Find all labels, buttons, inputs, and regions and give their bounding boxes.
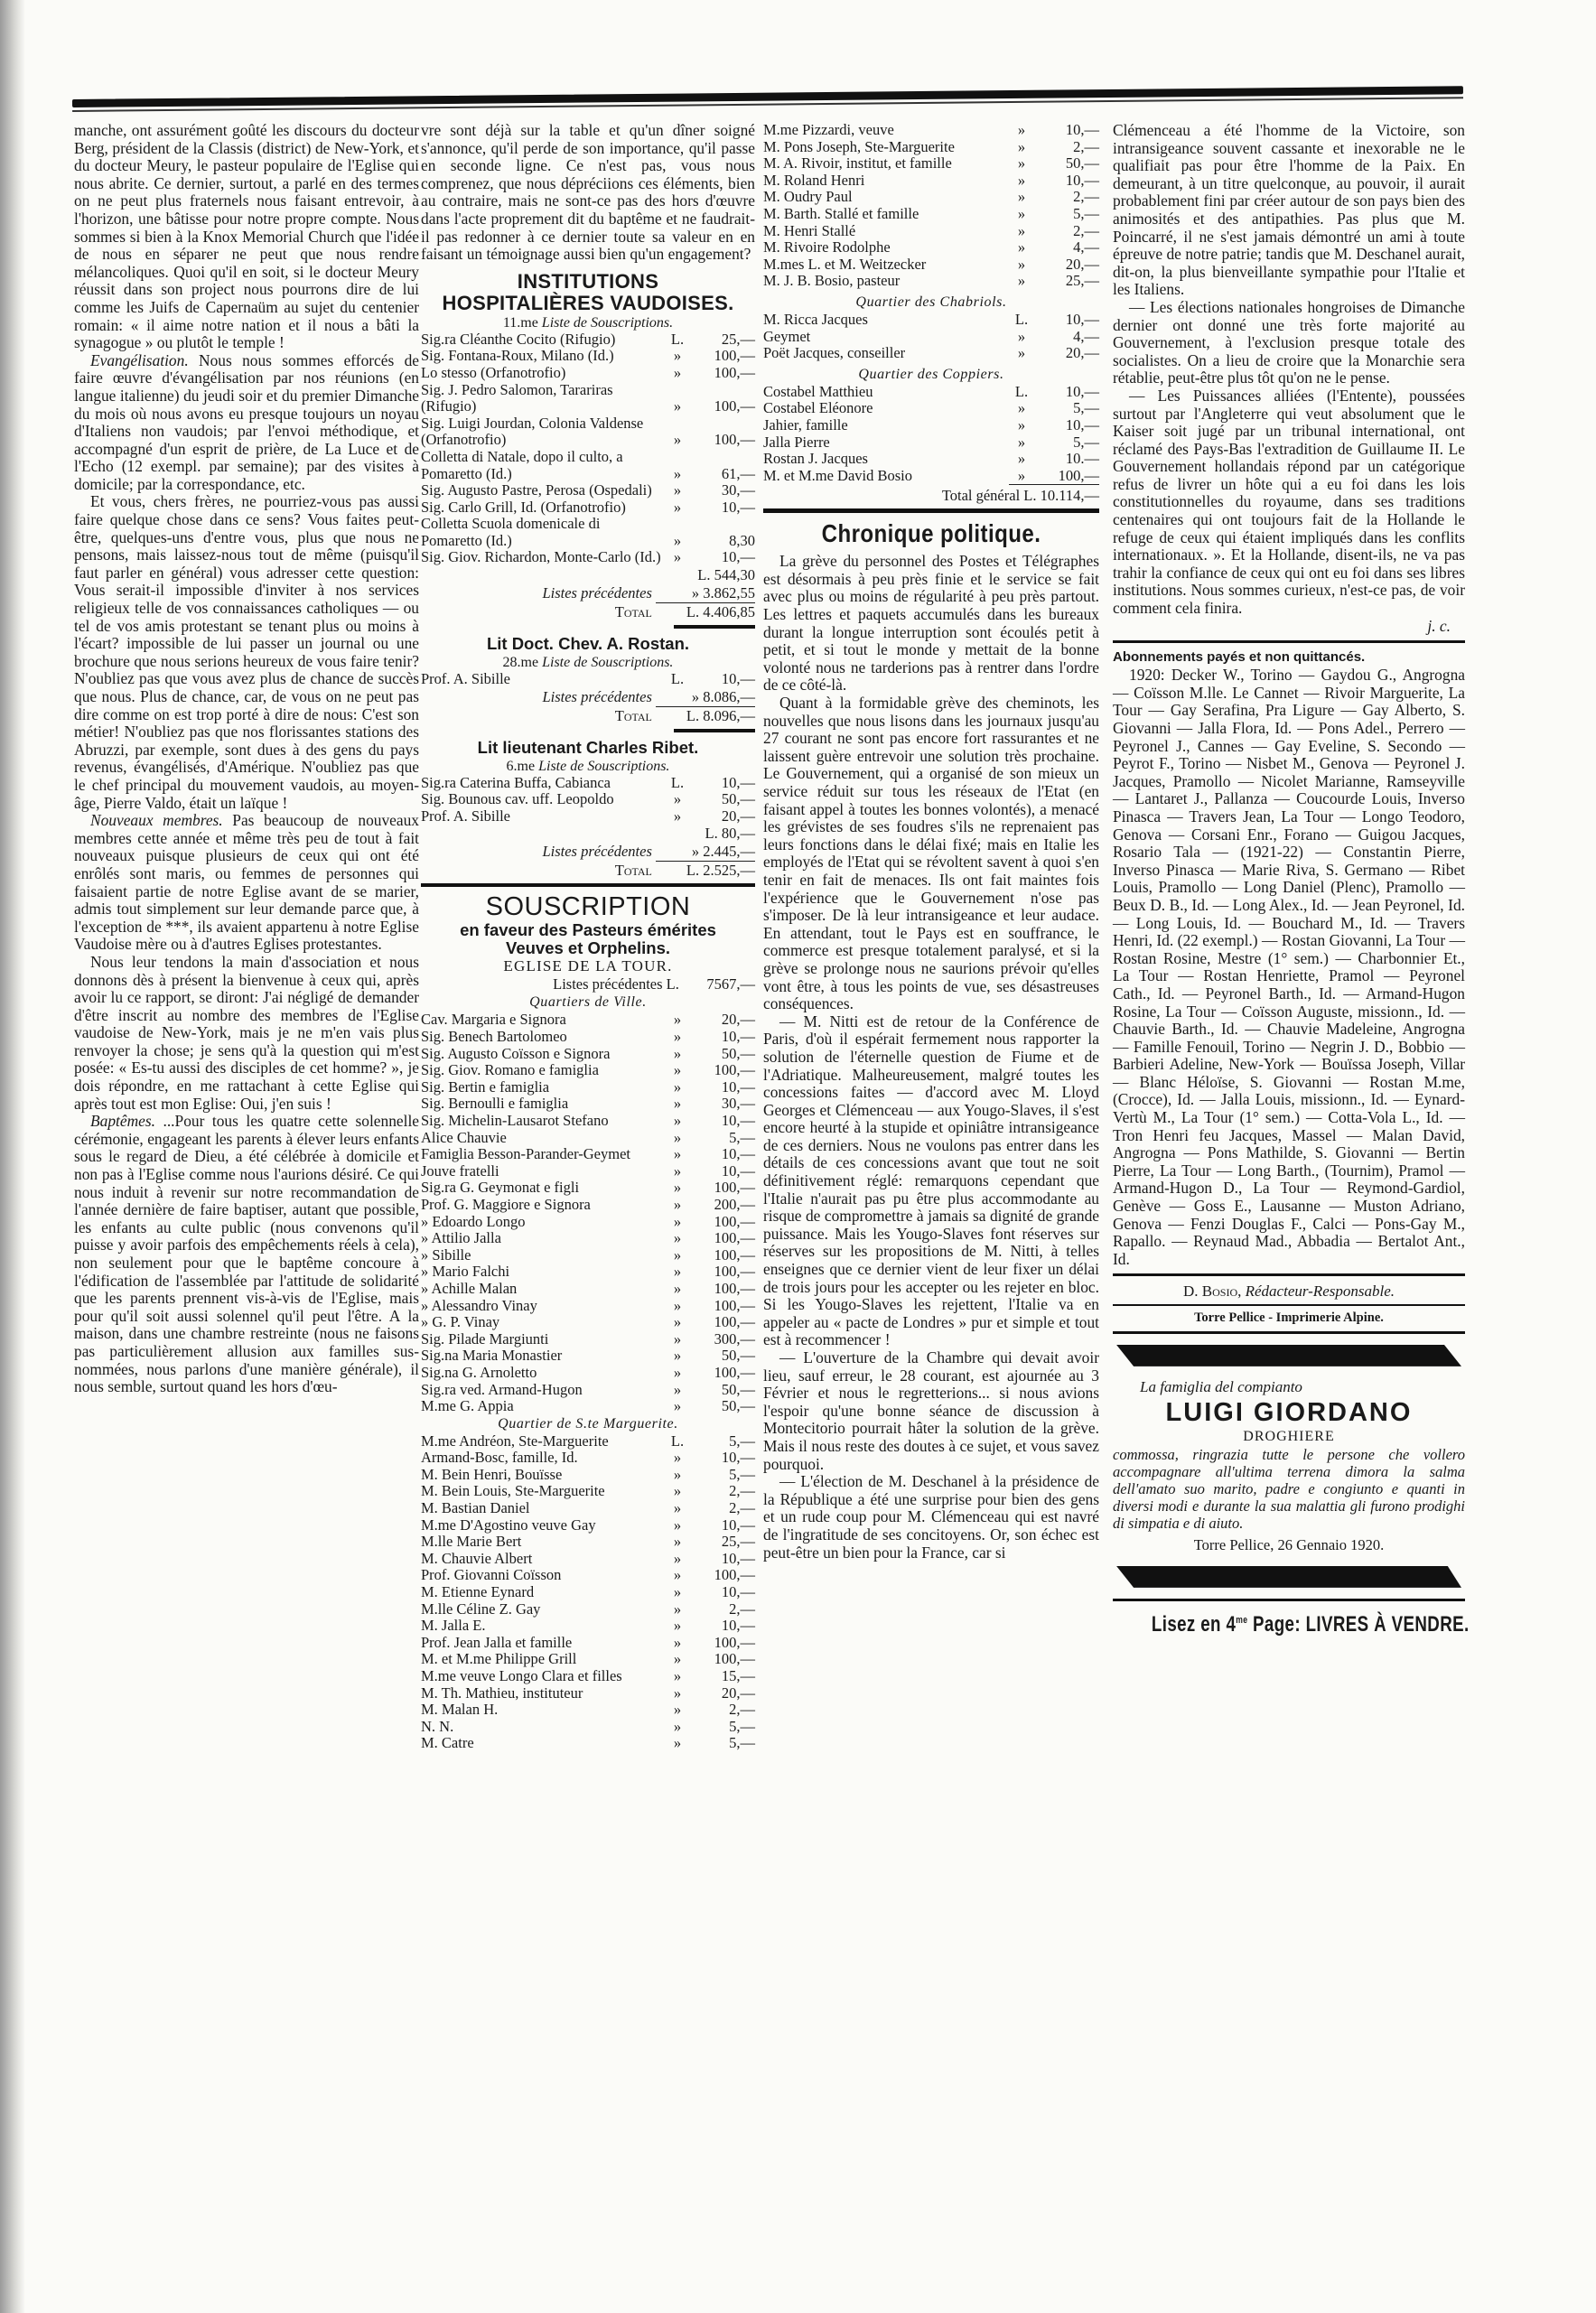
author-signature: j. c.: [1113, 618, 1465, 636]
list-row: Cav. Margaria e Signora»20,—: [421, 1012, 755, 1029]
donor-name: Sig.ra G. Geymonat e figli: [421, 1180, 665, 1197]
list-row: » Edoardo Longo»100,—: [421, 1214, 755, 1231]
institutions-table: Sig.ra Cléanthe Cocito (Rifugio)L.25,—Si…: [421, 331, 755, 566]
donor-name: Sig.ra ved. Armand-Hugon: [421, 1382, 665, 1399]
total-label: Total: [615, 862, 652, 879]
list-row: M.lle Céline Z. Gay»2,—: [421, 1601, 755, 1618]
currency-mark: »: [1009, 206, 1034, 223]
currency-mark: »: [665, 516, 690, 549]
donation-amount: 2,—: [690, 1601, 755, 1618]
currency-mark: »: [665, 808, 690, 825]
list-label: Liste de Souscriptions.: [542, 315, 673, 331]
donor-name: M. Barth. Stallé et famille: [763, 206, 1009, 223]
currency-mark: »: [665, 1567, 690, 1584]
total-value: L. 8.096,—: [656, 707, 755, 725]
list-row: Costabel MatthieuL.10,—: [763, 384, 1099, 401]
donation-amount: 2,—: [690, 1500, 755, 1517]
currency-mark: »: [665, 1517, 690, 1534]
ribet-previous: Listes précédentes » 2.445,—: [421, 843, 755, 862]
donor-name: M. Bein Louis, Ste-Marguerite: [421, 1483, 665, 1500]
donation-amount: 4,—: [1034, 329, 1099, 346]
currency-mark: »: [665, 1012, 690, 1029]
donor-name: M.lle Céline Z. Gay: [421, 1601, 665, 1618]
donation-amount: 100,—: [690, 348, 755, 365]
currency-mark: »: [665, 791, 690, 808]
currency-mark: »: [665, 365, 690, 382]
donor-name: Armand-Bosc, famille, Id.: [421, 1450, 665, 1467]
list-row: Sig. Luigi Jourdan, Colonia Valdense (Or…: [421, 415, 755, 449]
currency-mark: »: [1009, 173, 1034, 190]
list-row: » Mario Falchi»100,—: [421, 1264, 755, 1281]
donation-amount: 5,—: [1034, 400, 1099, 417]
mourning-band-bottom: [1116, 1566, 1461, 1588]
section-rule: [1113, 1331, 1465, 1334]
list-row: Sig. Benech Bartolomeo»10,—: [421, 1029, 755, 1046]
donor-name: Poët Jacques, conseiller: [763, 345, 1009, 362]
currency-mark: »: [665, 1298, 690, 1315]
currency-mark: »: [1009, 223, 1034, 240]
list-row: M. Pons Joseph, Ste-Marguerite»2,—: [763, 139, 1099, 156]
donation-amount: 10,—: [690, 1146, 755, 1163]
currency-mark: »: [665, 1230, 690, 1247]
currency-mark: »: [665, 1450, 690, 1467]
paragraph-continuation: vre sont déjà sur la table et qu'un dîne…: [421, 122, 755, 264]
donor-name: Lo stesso (Orfanotrofio): [421, 365, 665, 382]
currency-mark: »: [665, 348, 690, 365]
souscription-subtitle: en faveur des Pasteurs émérites Veuves e…: [421, 921, 755, 957]
donor-name: Sig. Luigi Jourdan, Colonia Valdense (Or…: [421, 415, 665, 449]
advert-text: Page: LIVRES À VENDRE.: [1247, 1612, 1469, 1637]
donor-name: M. J. B. Bosio, pasteur: [763, 273, 1009, 290]
donation-amount: 100,—: [690, 415, 755, 449]
chronique-paragraph: — L'ouverture de la Chambre qui devait a…: [763, 1349, 1099, 1473]
donation-amount: 10,—: [690, 1618, 755, 1635]
currency-mark: »: [665, 1197, 690, 1214]
donor-name: » Sibille: [421, 1247, 665, 1264]
currency-mark: »: [1009, 139, 1034, 156]
list-row: Sig. Giov. Romano e famiglia»100,—: [421, 1062, 755, 1079]
mourning-band-top: [1116, 1345, 1461, 1366]
donor-name: Prof. Jean Jalla et famille: [421, 1635, 665, 1652]
previous-value: » 8.086,—: [656, 688, 755, 707]
list-row: Prof. Jean Jalla et famille»100,—: [421, 1635, 755, 1652]
list-row: » G. P. Vinay»100,—: [421, 1314, 755, 1331]
total-label: Total: [615, 707, 652, 724]
donor-name: Sig. Bertin e famiglia: [421, 1079, 665, 1096]
donor-name: » Mario Falchi: [421, 1264, 665, 1281]
currency-mark: »: [665, 1214, 690, 1231]
quartier-marguerite-heading: Quartier de S.te Marguerite.: [421, 1415, 755, 1433]
currency-mark: »: [665, 1046, 690, 1063]
currency-mark: »: [665, 1029, 690, 1046]
list-row: Sig.ra ved. Armand-Hugon»50,—: [421, 1382, 755, 1399]
subtitle-line: en faveur des Pasteurs émérites: [421, 921, 755, 939]
list-row: M. Henri Stallé»2,—: [763, 223, 1099, 240]
ribet-total: Total L. 2.525,—: [421, 862, 755, 880]
chronique-paragraph: — L'élection de M. Deschanel à la présid…: [763, 1473, 1099, 1562]
list-row: Colletta Scuola domenicale di Pomaretto …: [421, 516, 755, 549]
list-row: M. Etienne Eynard»10,—: [421, 1584, 755, 1601]
editor-name: D. Bosio,: [1183, 1282, 1241, 1300]
donor-name: Sig. Bernoulli e famiglia: [421, 1096, 665, 1113]
donation-amount: 10,—: [1034, 312, 1099, 329]
donor-name: » Alessandro Vinay: [421, 1298, 665, 1315]
donation-amount: 61,—: [690, 449, 755, 482]
donation-amount: 30,—: [690, 482, 755, 499]
chabriols-table: M. Ricca JacquesL.10,—Geymet»4,—Poët Jac…: [763, 312, 1099, 362]
notice-body: commossa, ringrazia tutte le persone che…: [1113, 1446, 1465, 1532]
donor-name: Jalla Pierre: [763, 434, 1009, 452]
abonnements-list: 1920: Decker W., Torino — Gaydou G., Ang…: [1113, 667, 1465, 1268]
donation-amount: 100,—: [690, 1214, 755, 1231]
donation-amount: 10,—: [690, 549, 755, 566]
donor-name: Sig. Bounous cav. uff. Leopoldo: [421, 791, 665, 808]
list-row: Sig. Pilade Margiunti»300,—: [421, 1331, 755, 1348]
header-rule: [72, 86, 1463, 107]
currency-mark: »: [665, 1702, 690, 1719]
rostan-total: Total L. 8.096,—: [421, 707, 755, 725]
donation-amount: 100,—: [690, 1298, 755, 1315]
chronique-paragraph: Quant à la formidable grève des cheminot…: [763, 695, 1099, 1013]
donation-amount: 10,—: [690, 671, 755, 688]
previous-value: » 2.445,—: [656, 843, 755, 862]
editor-line: D. Bosio, Rédacteur-Responsable.: [1113, 1282, 1465, 1301]
donation-amount: 5,—: [690, 1433, 755, 1450]
marguerite-cont-table: M.me Pizzardi, veuve»10,—M. Pons Joseph,…: [763, 122, 1099, 290]
list-row: M.me veuve Longo Clara et filles»15,—: [421, 1668, 755, 1685]
donor-name: Sig.na Maria Monastier: [421, 1348, 665, 1365]
lead-baptemes: Baptêmes.: [90, 1112, 155, 1130]
list-row: M. Bein Henri, Bouïsse»5,—: [421, 1467, 755, 1484]
donor-name: M. Etienne Eynard: [421, 1584, 665, 1601]
list-ordinal: 6.me: [507, 759, 536, 774]
donation-amount: 20,—: [690, 1012, 755, 1029]
donor-name: Sig. Augusto Pastre, Perosa (Ospedali): [421, 482, 665, 499]
list-row: Sig. Bounous cav. uff. Leopoldo»50,—: [421, 791, 755, 808]
column-2: vre sont déjà sur la table et qu'un dîne…: [421, 122, 755, 1752]
list-ordinal: 11.me: [503, 315, 538, 331]
donation-amount: 200,—: [690, 1197, 755, 1214]
donation-amount: 100,—: [690, 1230, 755, 1247]
list-row: M. Jalla E.»10,—: [421, 1618, 755, 1635]
donation-amount: 100,—: [690, 365, 755, 382]
section-rule: [674, 625, 755, 629]
chronique-continuation: Clémenceau a été l'homme de la Victoire,…: [1113, 122, 1465, 299]
currency-mark: »: [665, 1348, 690, 1365]
list-row: M. Rivoire Rodolphe»4,—: [763, 239, 1099, 256]
donation-amount: 2,—: [1034, 189, 1099, 206]
list-row: M. Th. Mathieu, instituteur»20,—: [421, 1685, 755, 1702]
donation-amount: 100,—: [690, 1314, 755, 1331]
currency-mark: »: [1009, 329, 1034, 346]
list-row: N. N.»5,—: [421, 1719, 755, 1736]
list-row: » Sibille»100,—: [421, 1247, 755, 1264]
donation-amount: 50,—: [690, 1382, 755, 1399]
currency-mark: »: [665, 449, 690, 482]
list-row: M. J. B. Bosio, pasteur»25,—: [763, 273, 1099, 290]
currency-mark: »: [665, 1467, 690, 1484]
currency-mark: »: [665, 1062, 690, 1079]
total-value: L. 4.406,85: [656, 603, 755, 621]
list-row: Sig. Michelin-Lausarot Stefano»10,—: [421, 1113, 755, 1130]
paragraph-body: Pas beaucoup de nouveaux membres cette a…: [74, 811, 419, 953]
advert-text: Lisez en 4: [1152, 1612, 1236, 1637]
currency-mark: »: [1009, 451, 1034, 468]
donor-name: M. Jalla E.: [421, 1618, 665, 1635]
currency-mark: »: [665, 1719, 690, 1736]
donor-name: Sig. Giov. Romano e famiglia: [421, 1062, 665, 1079]
list-row: M. Bastian Daniel»2,—: [421, 1500, 755, 1517]
donor-name: Sig.ra Caterina Buffa, Cabianca: [421, 775, 665, 792]
subtitle-line: Veuves et Orphelins.: [421, 939, 755, 957]
donor-name: M. Rivoire Rodolphe: [763, 239, 1009, 256]
currency-mark: »: [1009, 122, 1034, 139]
ville-table: Cav. Margaria e Signora»20,—Sig. Benech …: [421, 1012, 755, 1414]
donation-amount: 10,—: [1034, 173, 1099, 190]
list-row: M.me G. Appia»50,—: [421, 1398, 755, 1415]
advert-livres: Lisez en 4me Page: LIVRES À VENDRE.: [1152, 1607, 1426, 1638]
list-row: Geymet»4,—: [763, 329, 1099, 346]
currency-mark: »: [1009, 345, 1034, 362]
column-1: manche, ont assurément goûté les discour…: [74, 122, 419, 1396]
donation-amount: 50,—: [690, 1046, 755, 1063]
currency-mark: »: [665, 1096, 690, 1113]
list-row: Alice Chauvie»5,—: [421, 1130, 755, 1147]
previous-label: Listes précédentes L.: [553, 975, 679, 993]
donor-name: Prof. Giovanni Coïsson: [421, 1567, 665, 1584]
donation-amount: 100,—: [690, 1567, 755, 1584]
donor-name: Sig. Augusto Coïsson e Signora: [421, 1046, 665, 1063]
donation-amount: 5,—: [690, 1719, 755, 1736]
list-row: Poët Jacques, conseiller»20,—: [763, 345, 1099, 362]
column-3: M.me Pizzardi, veuve»10,—M. Pons Joseph,…: [763, 122, 1099, 1562]
donor-name: » G. P. Vinay: [421, 1314, 665, 1331]
list-row: Rostan J. Jacques»10.—: [763, 451, 1099, 468]
institutions-total: Total L. 4.406,85: [421, 603, 755, 621]
donor-name: Costabel Eléonore: [763, 400, 1009, 417]
ribet-subtotal: L. 80,—: [421, 825, 755, 843]
section-rule: [421, 883, 755, 887]
donation-amount: 8,30: [690, 516, 755, 549]
donor-name: M. et M.me David Bosio: [763, 468, 1009, 485]
donation-amount: 25,—: [1034, 273, 1099, 290]
coppiers-table: Costabel MatthieuL.10,—Costabel Eléonore…: [763, 384, 1099, 486]
list-row: M. Bein Louis, Ste-Marguerite»2,—: [421, 1483, 755, 1500]
notice-place-date: Torre Pellice, 26 Gennaio 1920.: [1113, 1535, 1465, 1555]
donor-name: M. et M.me Philippe Grill: [421, 1651, 665, 1668]
donor-name: Prof. G. Maggiore e Signora: [421, 1197, 665, 1214]
heading-line: INSTITUTIONS: [421, 271, 755, 293]
currency-mark: »: [1009, 417, 1034, 434]
donation-amount: 100,—: [690, 1247, 755, 1264]
donation-amount: 5,—: [690, 1467, 755, 1484]
donor-name: Jahier, famille: [763, 417, 1009, 434]
grand-total: Total général L. 10.114,—: [763, 487, 1099, 505]
currency-mark: L.: [1009, 312, 1034, 329]
donor-name: M.me Pizzardi, veuve: [763, 122, 1009, 139]
donor-name: M. Pons Joseph, Ste-Marguerite: [763, 139, 1009, 156]
currency-mark: L.: [665, 671, 690, 688]
donor-name: M. Henri Stallé: [763, 223, 1009, 240]
institutions-subtotal: L. 544,30: [421, 566, 755, 584]
lead-evangelisation: Evangélisation.: [90, 351, 189, 369]
donation-amount: 10,—: [690, 1551, 755, 1568]
divider: [1113, 1304, 1465, 1306]
donor-name: » Achille Malan: [421, 1281, 665, 1298]
donor-name: Sig. Michelin-Lausarot Stefano: [421, 1113, 665, 1130]
donation-amount: 10,—: [1034, 384, 1099, 401]
donor-name: Sig. J. Pedro Salomon, Tarariras (Rifugi…: [421, 382, 665, 415]
donor-name: » Attilio Jalla: [421, 1230, 665, 1247]
notice-name: LUIGI GIORDANO: [1113, 1397, 1465, 1428]
donor-name: M. Roland Henri: [763, 173, 1009, 190]
currency-mark: »: [665, 1398, 690, 1415]
section-rule: [763, 508, 1099, 513]
donation-amount: 100,—: [690, 1651, 755, 1668]
list-row: » Alessandro Vinay»100,—: [421, 1298, 755, 1315]
donor-name: M. A. Rivoir, institut, et famille: [763, 155, 1009, 173]
donor-name: Costabel Matthieu: [763, 384, 1009, 401]
paragraph-body: Nous nous sommes efforcés de faire œuvre…: [74, 351, 419, 493]
currency-mark: »: [1009, 239, 1034, 256]
donation-amount: 2,—: [1034, 223, 1099, 240]
rostan-previous: Listes précédentes » 8.086,—: [421, 688, 755, 707]
quartier-chabriols-heading: Quartier des Chabriols.: [763, 294, 1099, 312]
donor-name: Cav. Margaria e Signora: [421, 1012, 665, 1029]
donor-name: Colletta di Natale, dopo il culto, a Pom…: [421, 449, 665, 482]
donation-amount: 2,—: [690, 1483, 755, 1500]
marguerite-table: M.me Andréon, Ste-MargueriteL.5,—Armand-…: [421, 1433, 755, 1752]
currency-mark: »: [665, 1382, 690, 1399]
currency-mark: »: [1009, 273, 1034, 290]
donor-name: M. Catre: [421, 1735, 665, 1752]
subtotal-value: L. 80,—: [656, 825, 755, 843]
donor-name: M. Bein Henri, Bouïsse: [421, 1467, 665, 1484]
donation-amount: 25,—: [690, 331, 755, 349]
rostan-list-label: 28.me Liste de Souscriptions.: [421, 654, 755, 671]
donation-amount: 2,—: [690, 1702, 755, 1719]
donor-name: Jouve fratelli: [421, 1163, 665, 1180]
donation-amount: 10,—: [690, 1163, 755, 1180]
donor-name: M. Malan H.: [421, 1702, 665, 1719]
list-row: M. Malan H.»2,—: [421, 1702, 755, 1719]
paragraph-nouveaux-membres: Nouveaux membres. Pas beaucoup de nouvea…: [74, 812, 419, 954]
total-label: Total: [615, 603, 652, 620]
donation-amount: 20,—: [690, 1685, 755, 1702]
list-row: Sig.ra G. Geymonat e figli»100,—: [421, 1180, 755, 1197]
list-row: Prof. G. Maggiore e Signora»200,—: [421, 1197, 755, 1214]
currency-mark: »: [665, 1331, 690, 1348]
rostan-heading: Lit Doct. Chev. A. Rostan.: [421, 634, 755, 654]
editor-role: Rédacteur-Responsable.: [1246, 1282, 1395, 1300]
donor-name: M.me Andréon, Ste-Marguerite: [421, 1433, 665, 1450]
list-row: Jahier, famille»10,—: [763, 417, 1099, 434]
previous-value: 7567,—: [683, 975, 755, 993]
paragraph-evangelisation: Evangélisation. Nous nous sommes efforcé…: [74, 352, 419, 494]
currency-mark: »: [665, 382, 690, 415]
list-row: Prof. A. Sibille»20,—: [421, 808, 755, 825]
currency-mark: »: [665, 1483, 690, 1500]
list-row: M.me Pizzardi, veuve»10,—: [763, 122, 1099, 139]
list-row: M. et M.me Philippe Grill»100,—: [421, 1651, 755, 1668]
donor-name: » Edoardo Longo: [421, 1214, 665, 1231]
quartier-ville-heading: Quartiers de Ville.: [421, 993, 755, 1012]
currency-mark: »: [665, 1685, 690, 1702]
currency-mark: »: [665, 1314, 690, 1331]
currency-mark: »: [665, 1651, 690, 1668]
currency-mark: »: [665, 1247, 690, 1264]
donation-amount: 100,—: [690, 1264, 755, 1281]
abonnements-heading: Abonnements payés et non quittancés.: [1113, 648, 1465, 667]
donor-name: Rostan J. Jacques: [763, 451, 1009, 468]
donation-amount: 50,—: [690, 1348, 755, 1365]
lead-nouveaux-membres: Nouveaux membres.: [90, 811, 223, 829]
list-row: Sig. Bertin e famiglia»10,—: [421, 1079, 755, 1096]
donor-name: M.lle Marie Bert: [421, 1534, 665, 1551]
donation-amount: 100,—: [1034, 468, 1099, 485]
list-row: » Attilio Jalla»100,—: [421, 1230, 755, 1247]
donation-amount: 20,—: [690, 808, 755, 825]
section-rule: [1113, 640, 1465, 643]
institutions-heading: INSTITUTIONS HOSPITALIÈRES VAUDOISES.: [421, 271, 755, 314]
currency-mark: »: [665, 1079, 690, 1096]
section-rule: [674, 729, 755, 732]
donation-amount: 300,—: [690, 1331, 755, 1348]
donor-name: M.me D'Agostino veuve Gay: [421, 1517, 665, 1534]
currency-mark: »: [665, 1365, 690, 1382]
church-name: EGLISE DE LA TOUR.: [421, 957, 755, 975]
currency-mark: »: [665, 1668, 690, 1685]
donation-amount: 10,—: [1034, 122, 1099, 139]
currency-mark: L.: [1009, 384, 1034, 401]
donor-name: Prof. A. Sibille: [421, 671, 665, 688]
list-row: M.me D'Agostino veuve Gay»10,—: [421, 1517, 755, 1534]
donation-amount: 10,—: [690, 775, 755, 792]
list-row: Famiglia Besson-Parander-Geymet»10,—: [421, 1146, 755, 1163]
chronique-paragraph: — Les élections nationales hongroises de…: [1113, 299, 1465, 387]
donation-amount: 30,—: [690, 1096, 755, 1113]
donor-name: M. Oudry Paul: [763, 189, 1009, 206]
list-label: Liste de Souscriptions.: [538, 759, 669, 774]
currency-mark: L.: [665, 775, 690, 792]
donation-amount: 10,—: [690, 1079, 755, 1096]
list-row: M. Oudry Paul»2,—: [763, 189, 1099, 206]
advert-superscript: me: [1236, 1615, 1247, 1626]
donation-amount: 10,—: [690, 499, 755, 517]
list-row: Sig.na Maria Monastier»50,—: [421, 1348, 755, 1365]
grand-total-label: Total général L.: [942, 487, 1037, 504]
currency-mark: »: [665, 1551, 690, 1568]
chronique-paragraph: La grève du personnel des Postes et Télé…: [763, 553, 1099, 695]
donor-name: M.me G. Appia: [421, 1398, 665, 1415]
donation-amount: 20,—: [1034, 345, 1099, 362]
donation-amount: 100,—: [690, 1180, 755, 1197]
list-row: Costabel Eléonore»5,—: [763, 400, 1099, 417]
donor-name: Sig.na G. Arnoletto: [421, 1365, 665, 1382]
donor-name: M. Ricca Jacques: [763, 312, 1009, 329]
list-row: Sig.ra Caterina Buffa, CabiancaL.10,—: [421, 775, 755, 792]
donor-name: Alice Chauvie: [421, 1130, 665, 1147]
currency-mark: »: [1009, 468, 1034, 485]
currency-mark: »: [665, 1113, 690, 1130]
subtotal-value: L. 544,30: [656, 566, 755, 584]
paragraph-appeal: Et vous, chers frères, ne pourriez-vous …: [74, 493, 419, 812]
currency-mark: »: [665, 1146, 690, 1163]
list-row: Sig.ra Cléanthe Cocito (Rifugio)L.25,—: [421, 331, 755, 349]
previous-value: » 3.862,55: [656, 584, 755, 603]
total-value: L. 2.525,—: [656, 862, 755, 880]
institutions-list-label: 11.me Liste de Souscriptions.: [421, 314, 755, 331]
